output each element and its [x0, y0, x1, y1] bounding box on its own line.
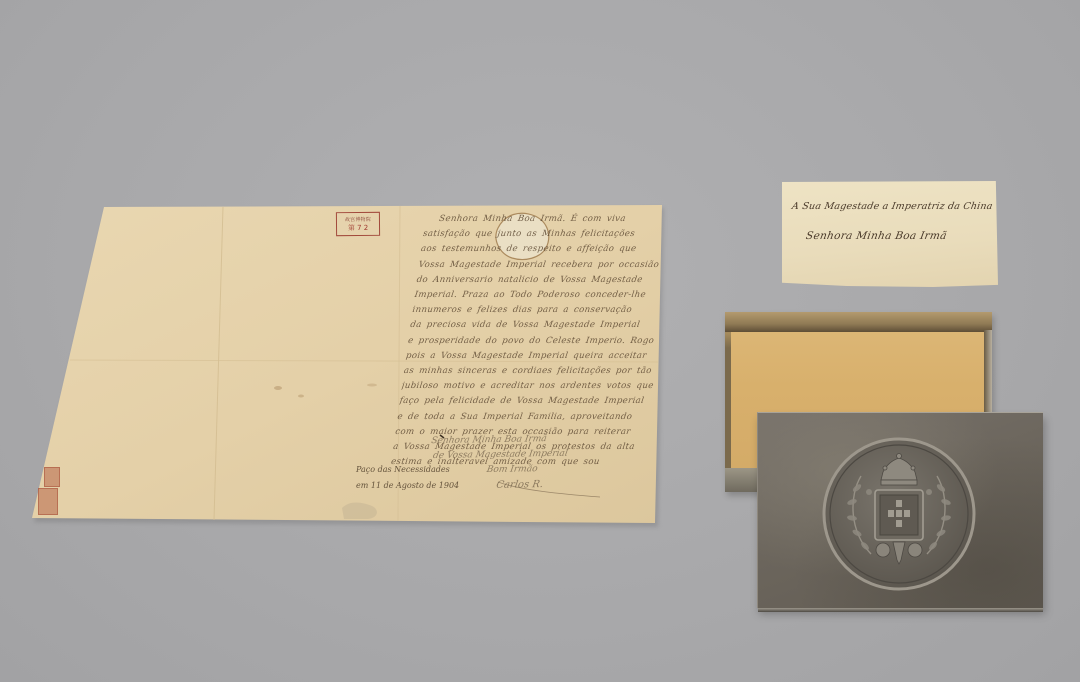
letter-line: do Anniversario natalicio de Vossa Mages…	[415, 273, 669, 288]
letter-line: satisfação que junto as Minhas felicitaç…	[422, 227, 676, 242]
lid-edge	[758, 608, 1043, 612]
coat-of-arms-medallion-icon	[821, 436, 977, 592]
date-line: em 11 de Agosto de 1904	[356, 478, 466, 494]
letter-line: pois a Vossa Magestade Imperial queira a…	[405, 349, 659, 364]
letter-place-date: Paço das Necessidades em 11 de Agosto de…	[356, 462, 466, 494]
photo-scene: 故宫博物院 第 7 2 Senhora Minha Boa Irmã. É co…	[0, 0, 1080, 682]
letter-line: Vossa Magestade Imperial recebera por oc…	[418, 258, 672, 273]
box-lid	[757, 412, 1043, 608]
letter-line: faço pela felicidade de Vossa Magestade …	[398, 394, 652, 409]
archive-label-number: 第 7 2	[348, 222, 368, 232]
letter-line: innumeros e felizes dias para a conserva…	[411, 303, 665, 318]
letter-line: Imperial. Praza ao Todo Poderoso concede…	[413, 288, 667, 303]
letter-line: jubiloso motivo e acreditar nos ardentes…	[401, 379, 655, 394]
letter-line: as minhas sinceras e cordiaes felicitaçõ…	[403, 364, 657, 379]
place-line: Paço das Necessidades	[356, 462, 466, 478]
letter-line: e prosperidade do povo do Celeste Imperi…	[407, 334, 661, 349]
letter-line: aos testemunhos de respeito e affeição q…	[420, 242, 674, 257]
envelope-address: A Sua Magestade a Imperatriz da China	[791, 201, 993, 212]
letter-line: e de toda a Sua Imperial Familia, aprove…	[396, 410, 650, 425]
envelope-salutation: Senhora Minha Boa Irmã	[805, 230, 948, 242]
red-seal-stamp-lower	[38, 488, 58, 515]
envelope: A Sua Magestade a Imperatriz da China Se…	[782, 181, 998, 287]
archive-label: 故宫博物院 第 7 2	[336, 212, 380, 236]
box-rim	[725, 312, 992, 332]
letter-line: da preciosa vida de Vossa Magestade Impe…	[409, 318, 663, 333]
letter-line: Senhora Minha Boa Irmã. É com viva	[424, 212, 678, 227]
red-seal-stamp-upper	[44, 467, 60, 487]
